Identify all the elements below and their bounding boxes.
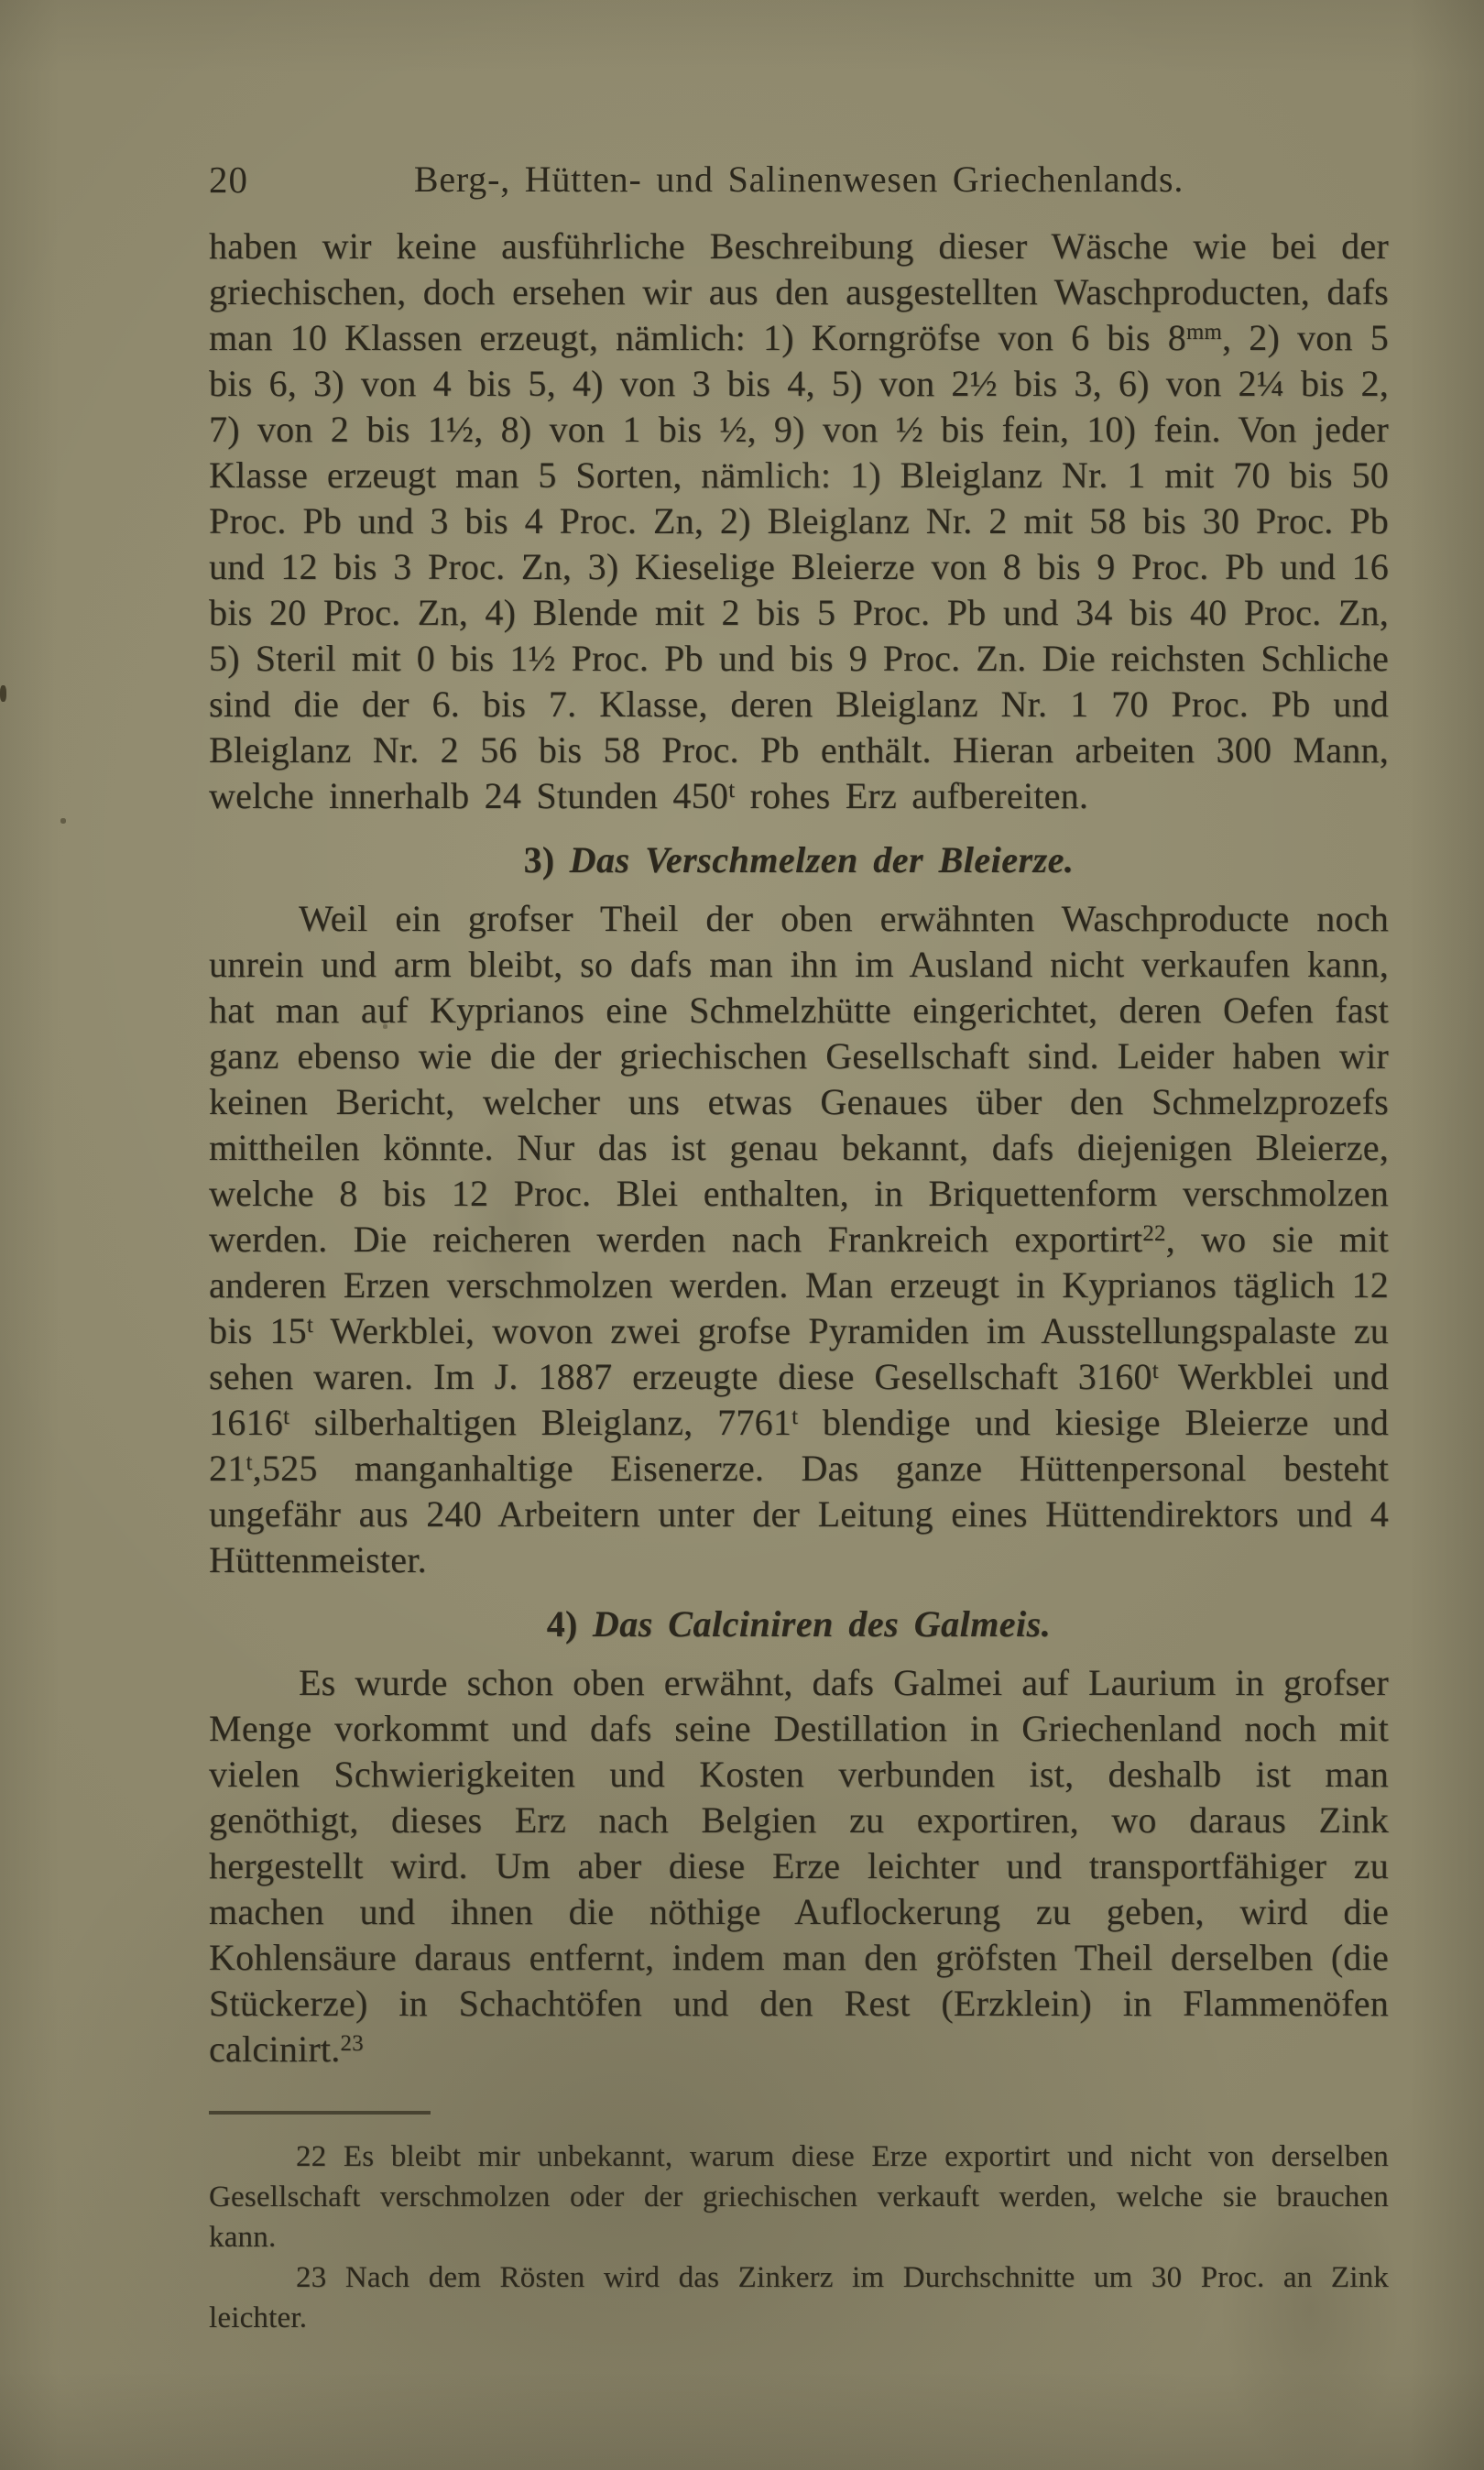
paper-speck bbox=[383, 1024, 387, 1029]
paragraph-washing-products: haben wir keine ausführliche Beschreibun… bbox=[209, 224, 1389, 819]
footnote-23: 23 Nach dem Rösten wird das Zinkerz im D… bbox=[209, 2257, 1389, 2338]
paper-speck bbox=[0, 685, 6, 702]
paper-speck bbox=[60, 818, 66, 824]
section-heading-calcining: 4) Das Calciniren des Galmeis. bbox=[209, 1601, 1389, 1647]
footnote-separator-rule bbox=[209, 2111, 431, 2115]
section-heading-smelting: 3) Das Verschmelzen der Bleierze. bbox=[209, 837, 1389, 883]
footnote-22: 22 Es bleibt mir unbekannt, warum diese … bbox=[209, 2137, 1389, 2257]
paragraph-smelting: Weil ein grofser Theil der oben erwähnte… bbox=[209, 896, 1389, 1583]
scanned-book-page: 20 Berg-, Hütten- und Salinenwesen Griec… bbox=[0, 0, 1484, 2470]
page-body: haben wir keine ausführliche Beschreibun… bbox=[0, 0, 1484, 2338]
footnotes: 22 Es bleibt mir unbekannt, warum diese … bbox=[209, 2137, 1389, 2338]
page-number: 20 bbox=[209, 158, 248, 202]
running-header: 20 Berg-, Hütten- und Salinenwesen Griec… bbox=[209, 158, 1389, 205]
running-header-title: Berg-, Hütten- und Salinenwesen Griechen… bbox=[209, 158, 1389, 202]
paragraph-calcining: Es wurde schon oben erwähnt, dafs Galmei… bbox=[209, 1660, 1389, 2072]
